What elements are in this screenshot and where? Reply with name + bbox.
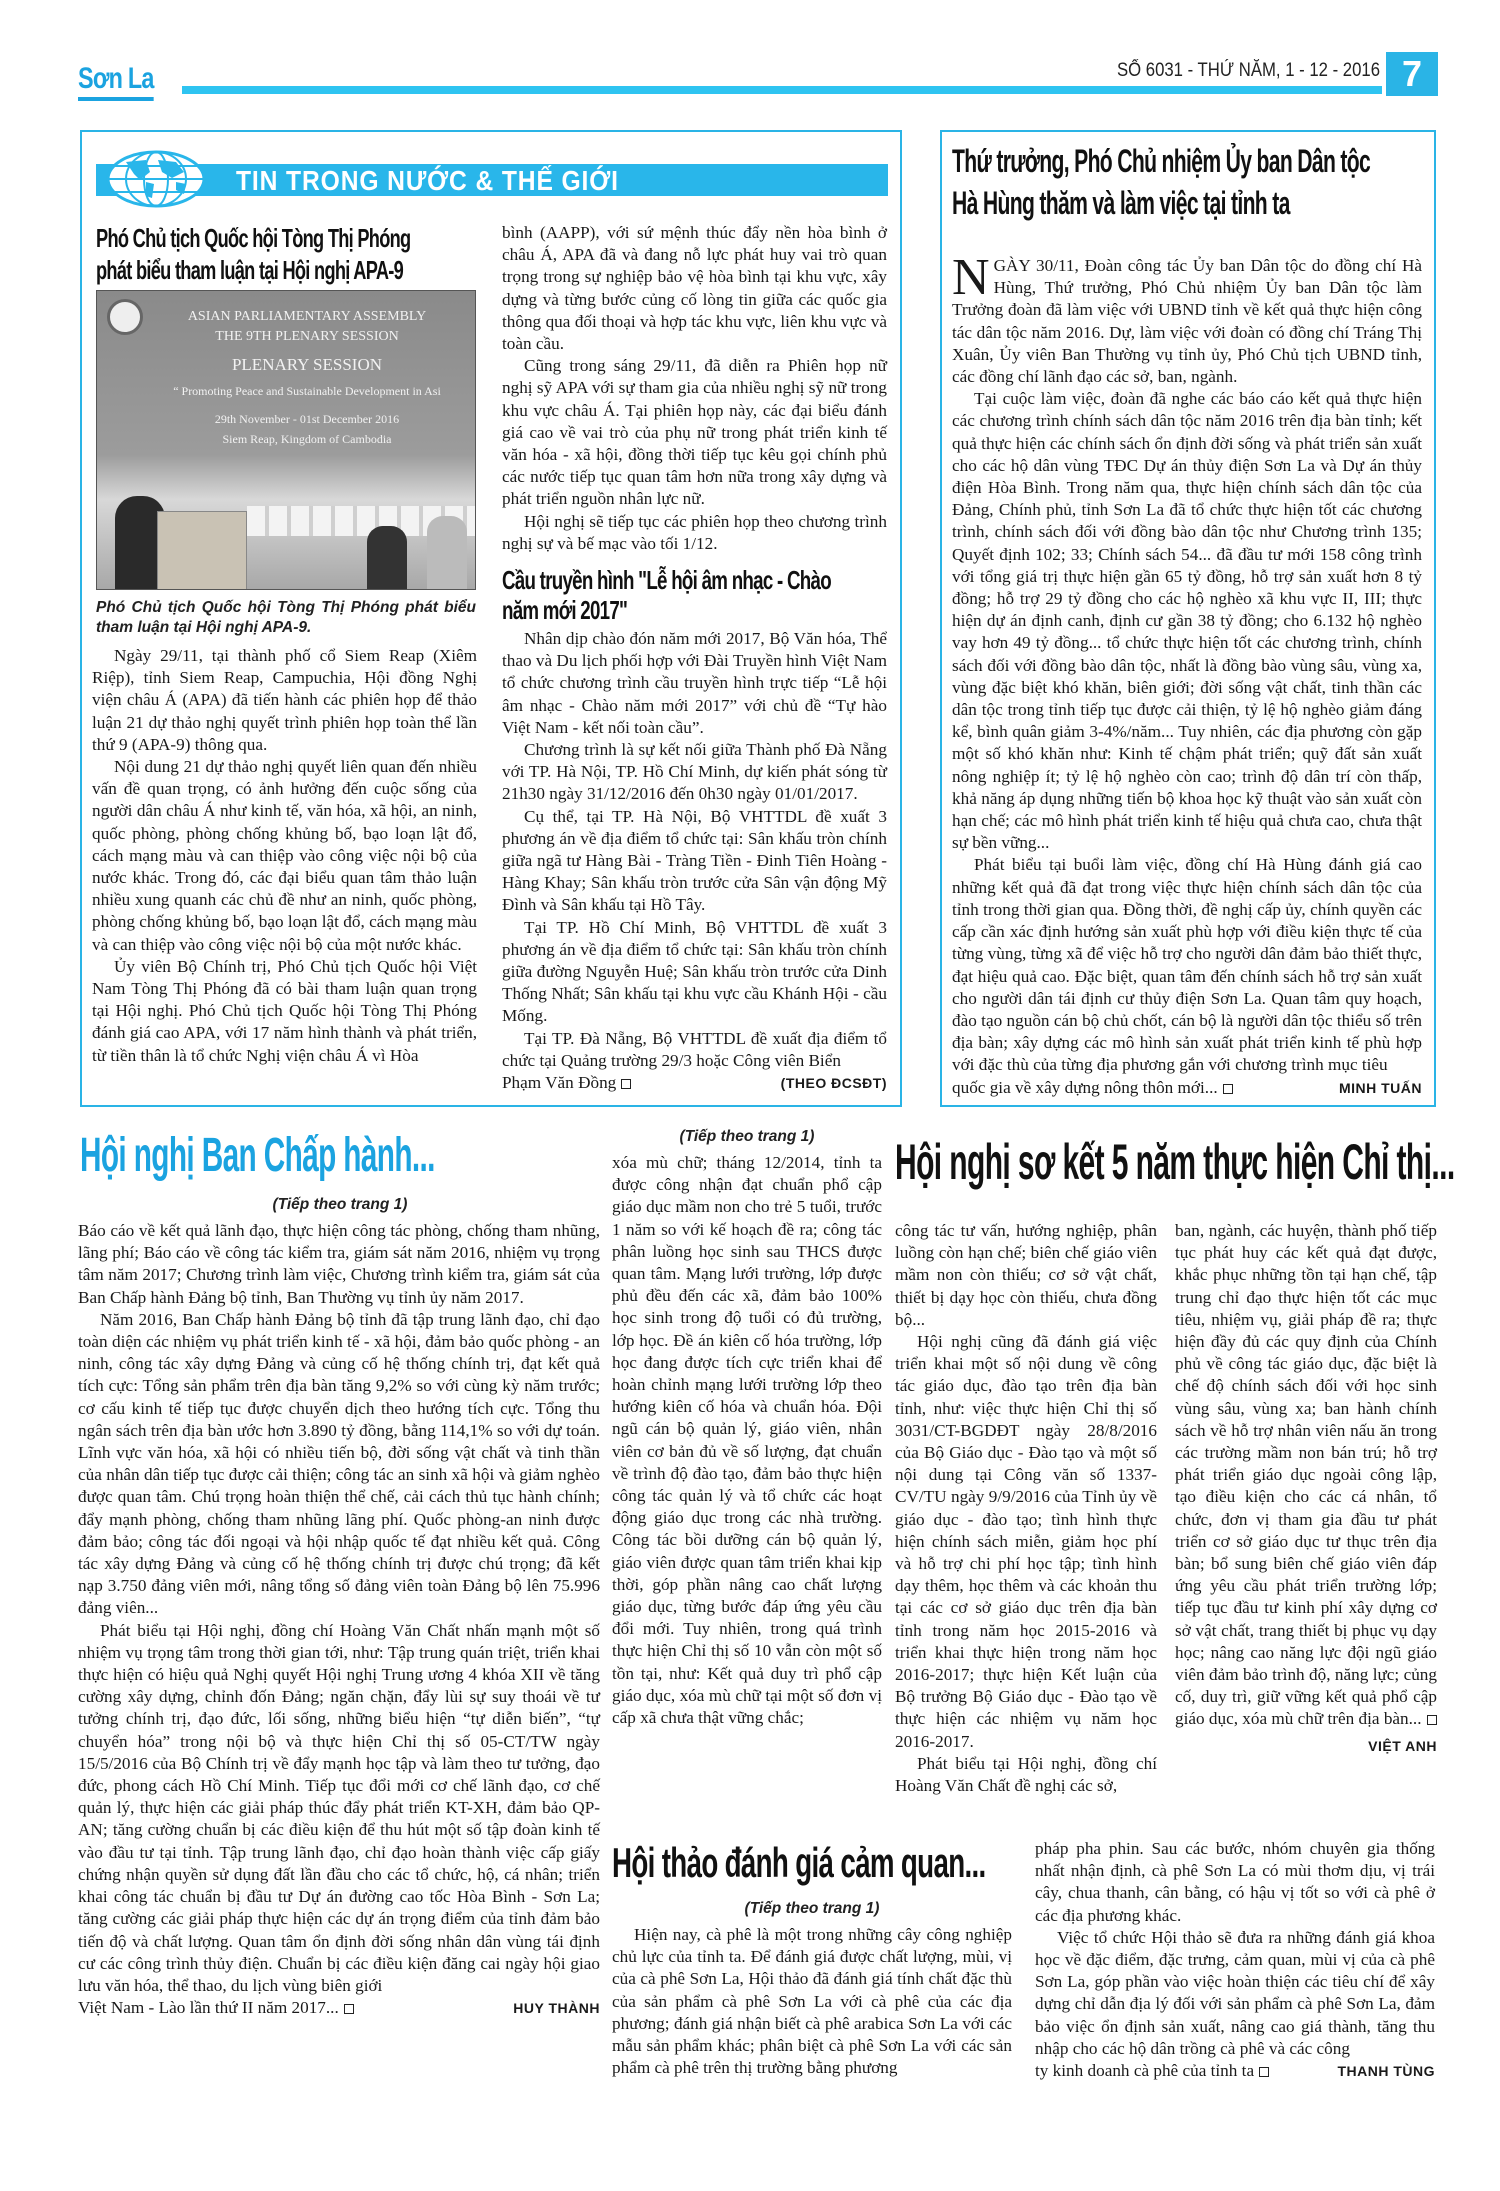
dropcap: N bbox=[952, 257, 990, 299]
apa-title-line1: Phó Chủ tịch Quốc hội Tòng Thị Phóng bbox=[96, 222, 362, 254]
coffee-article-end: ty kinh doanh cà phê của tỉnh ta THANH T… bbox=[1035, 2060, 1435, 2082]
coffee-col2: pháp pha phin. Sau các bước, nhóm chuyên… bbox=[1035, 1838, 1435, 2082]
byline: (THEO ĐCSĐT) bbox=[781, 1072, 887, 1094]
paragraph: Tại TP. Đà Nẵng, Bộ VHTTDL đề xuất địa đ… bbox=[502, 1028, 887, 1072]
coffee-col1: Hiện nay, cà phê là một trong những cây … bbox=[612, 1924, 1012, 2079]
paragraph: Phát biểu tại buổi làm việc, đồng chí Hà… bbox=[952, 854, 1422, 1076]
tv-title-line1: Cầu truyền hình "Lễ hội âm nhạc - Chào bbox=[502, 565, 779, 595]
paragraph: Hiện nay, cà phê là một trong những cây … bbox=[612, 1924, 1012, 2079]
paragraph: Ngày 29/11, tại thành phố cổ Siem Reap (… bbox=[92, 645, 477, 756]
paragraph: NGÀY 30/11, Đoàn công tác Ủy ban Dân tộc… bbox=[952, 255, 1422, 388]
apa-photo: ASIAN PARLIAMENTARY ASSEMBLY THE 9TH PLE… bbox=[96, 290, 476, 590]
paragraph: Cũng trong sáng 29/11, đã diễn ra Phiên … bbox=[502, 355, 887, 510]
continued-label: (Tiếp theo trang 1) bbox=[80, 1196, 600, 1214]
news-banner: TIN TRONG NƯỚC & THẾ GIỚI bbox=[96, 150, 888, 206]
page-number: 7 bbox=[1386, 52, 1438, 96]
paragraph: Ủy viên Bộ Chính trị, Phó Chủ tịch Quốc … bbox=[92, 956, 477, 1067]
coffee-article-title: Hội thảo đánh giá cảm quan... bbox=[612, 1838, 986, 1888]
byline: MINH TUẤN bbox=[1339, 1077, 1422, 1099]
delegate-figure bbox=[367, 526, 407, 590]
directive-col1: xóa mù chữ; tháng 12/2014, tỉnh ta được … bbox=[612, 1152, 882, 1729]
end-mark-icon bbox=[1259, 2067, 1269, 2077]
directive-article-title: Hội nghị sơ kết 5 năm thực hiện Chỉ thị.… bbox=[895, 1132, 1455, 1192]
paragraph: Tại cuộc làm việc, đoàn đã nghe các báo … bbox=[952, 388, 1422, 854]
paragraph: Việc tổ chức Hội thảo sẽ đưa ra những đá… bbox=[1035, 1927, 1435, 2060]
ethnic-article-body: NGÀY 30/11, Đoàn công tác Ủy ban Dân tộc… bbox=[952, 255, 1422, 1099]
tv-article-title: Cầu truyền hình "Lễ hội âm nhạc - Chào n… bbox=[502, 565, 887, 625]
party-article-end: Việt Nam - Lào lần thứ II năm 2017... HU… bbox=[78, 1997, 600, 2019]
issue-info: SỐ 6031 - THỨ NĂM, 1 - 12 - 2016 bbox=[1081, 60, 1380, 82]
apa-article-continuation: bình (AAPP), với sứ mệnh thúc đẩy nền hò… bbox=[502, 222, 887, 555]
ethnic-title-line2: Hà Hùng thăm và làm việc tại tỉnh ta bbox=[952, 182, 1269, 224]
continued-label: (Tiếp theo trang 1) bbox=[612, 1900, 1012, 1918]
tv-title-line2: năm mới 2017" bbox=[502, 595, 779, 625]
paragraph: Hội nghị cũng đã đánh giá việc triển kha… bbox=[895, 1331, 1157, 1753]
last-line-text: ty kinh doanh cà phê của tỉnh ta bbox=[1035, 2061, 1254, 2080]
apa-title-line2: phát biểu tham luận tại Hội nghị APA-9 bbox=[96, 254, 362, 286]
globe-icon bbox=[106, 150, 206, 208]
col3-text: ban, ngành, các huyện, thành phố tiếp tụ… bbox=[1175, 1221, 1437, 1728]
ethnic-article-title: Thứ trưởng, Phó Chủ nhiệm Ủy ban Dân tộc… bbox=[952, 140, 1432, 224]
last-line-text: quốc gia về xây dựng nông thôn mới... bbox=[952, 1078, 1218, 1097]
paragraph: Hội nghị sẽ tiếp tục các phiên họp theo … bbox=[502, 511, 887, 555]
party-article-body: Báo cáo về kết quả lãnh đạo, thực hiện c… bbox=[78, 1220, 600, 2019]
paragraph: Tại TP. Hồ Chí Minh, Bộ VHTTDL đề xuất 3… bbox=[502, 917, 887, 1028]
end-mark-icon bbox=[344, 2004, 354, 2014]
directive-col2: công tác tư vấn, hướng nghiệp, phân luồn… bbox=[895, 1220, 1157, 1797]
page-number-value: 7 bbox=[1402, 53, 1422, 94]
last-line-text: Việt Nam - Lào lần thứ II năm 2017... bbox=[78, 1998, 339, 2017]
paragraph: Cụ thể, tại TP. Hà Nội, Bộ VHTTDL đề xuấ… bbox=[502, 806, 887, 917]
ethnic-article-end: quốc gia về xây dựng nông thôn mới... MI… bbox=[952, 1077, 1422, 1099]
paragraph: Nhân dịp chào đón năm mới 2017, Bộ Văn h… bbox=[502, 628, 887, 739]
tv-article-end: Phạm Văn Đồng (THEO ĐCSĐT) bbox=[502, 1072, 887, 1094]
paragraph: pháp pha phin. Sau các bước, nhóm chuyên… bbox=[1035, 1838, 1435, 1927]
byline: VIỆT ANH bbox=[1175, 1735, 1437, 1757]
paragraph: Chương trình là sự kết nối giữa Thành ph… bbox=[502, 739, 887, 806]
end-mark-icon bbox=[621, 1079, 631, 1089]
paragraph: bình (AAPP), với sứ mệnh thúc đẩy nền hò… bbox=[502, 222, 887, 355]
photo-text-5: 29th November - 01st December 2016 bbox=[137, 409, 476, 429]
paragraph: Báo cáo về kết quả lãnh đạo, thực hiện c… bbox=[78, 1220, 600, 1309]
paragraph: Nội dung 21 dự thảo nghị quyết liên quan… bbox=[92, 756, 477, 956]
podium bbox=[157, 511, 247, 590]
paragraph: xóa mù chữ; tháng 12/2014, tỉnh ta được … bbox=[612, 1152, 882, 1729]
byline: THANH TÙNG bbox=[1337, 2060, 1435, 2082]
continued-label: (Tiếp theo trang 1) bbox=[612, 1128, 882, 1146]
photo-caption: Phó Chủ tịch Quốc hội Tòng Thị Phóng phá… bbox=[96, 598, 476, 638]
banner-title: TIN TRONG NƯỚC & THẾ GIỚI bbox=[236, 165, 619, 197]
header-rule bbox=[182, 86, 1382, 94]
ethnic-title-line1: Thứ trưởng, Phó Chủ nhiệm Ủy ban Dân tộc bbox=[952, 140, 1269, 182]
tv-article-body: Nhân dịp chào đón năm mới 2017, Bộ Văn h… bbox=[502, 628, 887, 1094]
directive-col3: ban, ngành, các huyện, thành phố tiếp tụ… bbox=[1175, 1220, 1437, 1757]
apa-article-title: Phó Chủ tịch Quốc hội Tòng Thị Phóng phá… bbox=[96, 222, 476, 286]
byline: HUY THÀNH bbox=[513, 1997, 600, 2019]
end-mark-icon bbox=[1223, 1084, 1233, 1094]
paragraph: ban, ngành, các huyện, thành phố tiếp tụ… bbox=[1175, 1220, 1437, 1731]
delegate-figure-2 bbox=[427, 516, 467, 590]
first-paragraph: GÀY 30/11, Đoàn công tác Ủy ban Dân tộc … bbox=[952, 256, 1422, 386]
photo-text-6: Siem Reap, Kingdom of Cambodia bbox=[137, 429, 476, 449]
paragraph: Năm 2016, Ban Chấp hành Đảng bộ tỉnh đã … bbox=[78, 1309, 600, 1620]
paragraph: Phát biểu tại Hội nghị, đồng chí Hoàng V… bbox=[78, 1620, 600, 1997]
party-article-title: Hội nghị Ban Chấp hành... bbox=[80, 1128, 435, 1184]
section-name: Sơn La bbox=[78, 62, 154, 101]
photo-text-1: ASIAN PARLIAMENTARY ASSEMBLY bbox=[137, 307, 476, 327]
page-header: Sơn La SỐ 6031 - THỨ NĂM, 1 - 12 - 2016 … bbox=[0, 0, 1500, 110]
paragraph: Phát biểu tại Hội nghị, đồng chí Hoàng V… bbox=[895, 1753, 1157, 1797]
photo-text-2: THE 9TH PLENARY SESSION bbox=[137, 327, 476, 347]
photo-banner-text: ASIAN PARLIAMENTARY ASSEMBLY THE 9TH PLE… bbox=[137, 307, 476, 449]
photo-text-4: “ Promoting Peace and Sustainable Develo… bbox=[137, 381, 476, 401]
apa-article-body: Ngày 29/11, tại thành phố cổ Siem Reap (… bbox=[92, 645, 477, 1067]
end-mark-icon bbox=[1427, 1715, 1437, 1725]
paragraph: công tác tư vấn, hướng nghiệp, phân luồn… bbox=[895, 1220, 1157, 1331]
last-line-text: Phạm Văn Đồng bbox=[502, 1073, 616, 1092]
photo-text-3: PLENARY SESSION bbox=[137, 355, 476, 375]
